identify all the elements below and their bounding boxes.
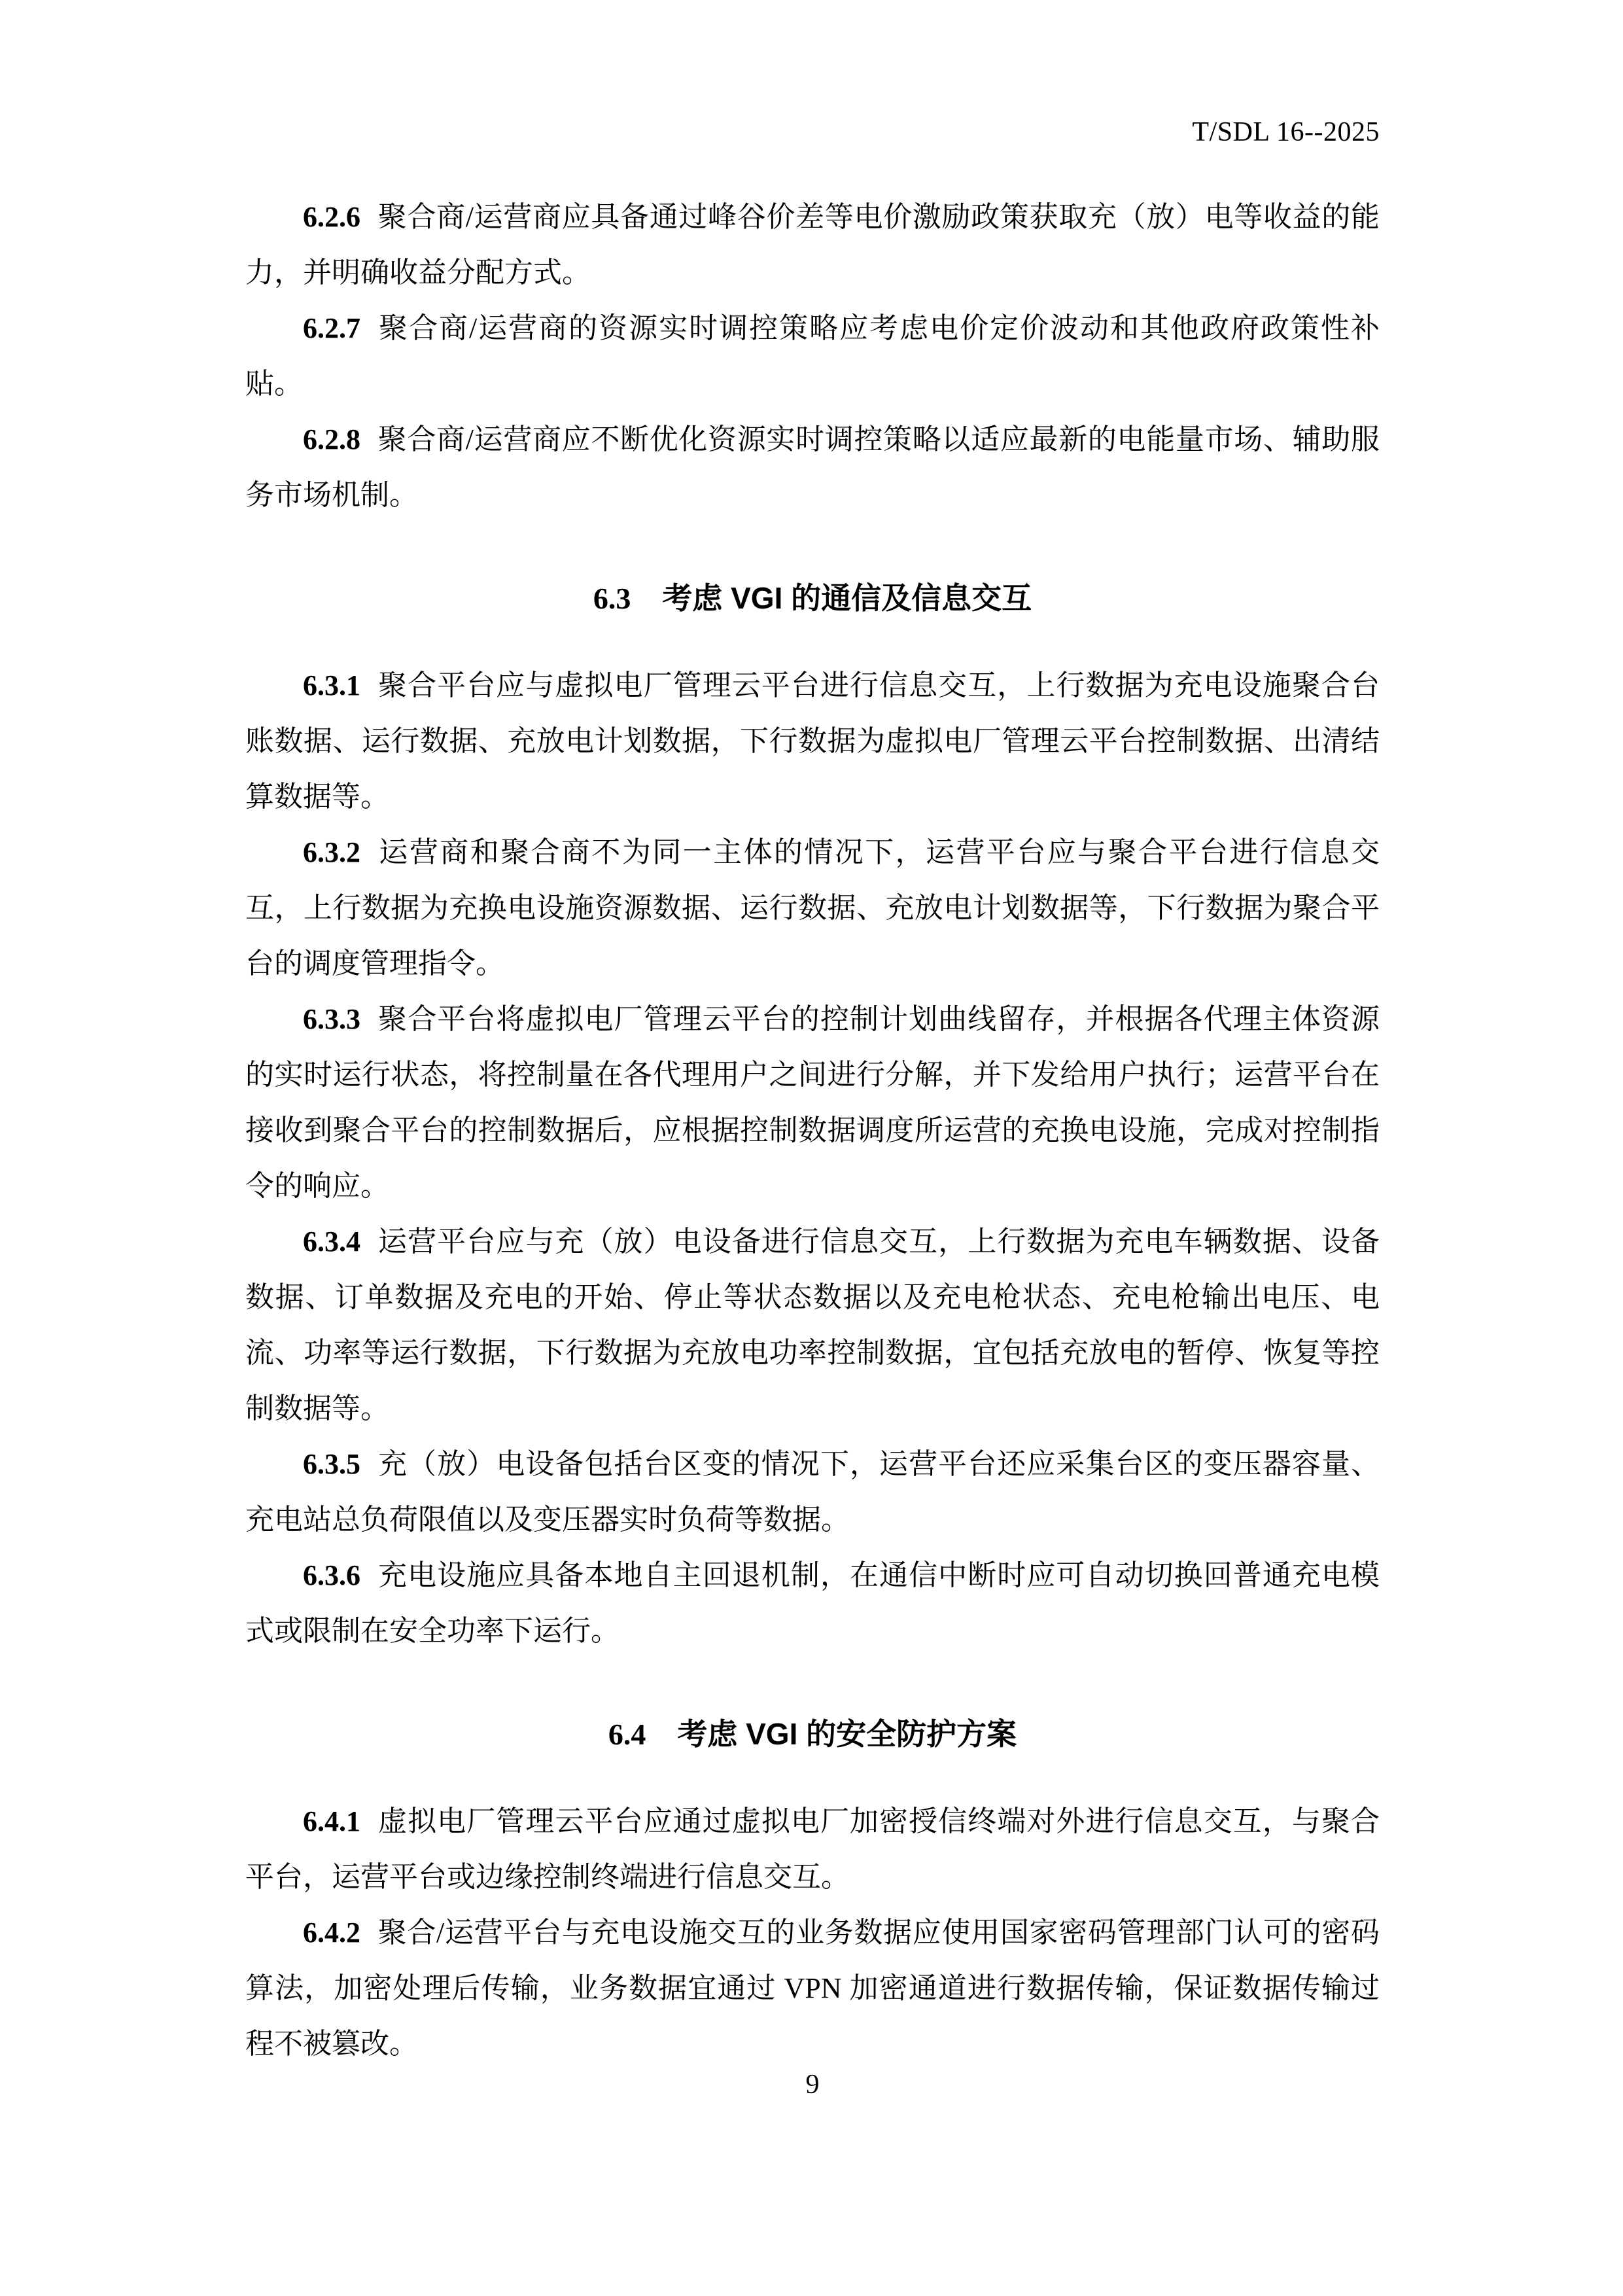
clause-text: 运营平台应与充（放）电设备进行信息交互，上行数据为充电车辆数据、设备数据、订单数… xyxy=(245,1226,1380,1424)
clause-6.3.5: 6.3.5充（放）电设备包括台区变的情况下，运营平台还应采集台区的变压器容量、充… xyxy=(245,1436,1380,1547)
clause-number: 6.3.4 xyxy=(303,1226,360,1258)
clause-6.4.1: 6.4.1虚拟电厂管理云平台应通过虚拟电厂加密授信终端对外进行信息交互，与聚合平… xyxy=(245,1793,1380,1905)
clause-text: 充（放）电设备包括台区变的情况下，运营平台还应采集台区的变压器容量、充电站总负荷… xyxy=(245,1448,1380,1536)
clause-number: 6.2.6 xyxy=(303,201,360,233)
clause-text: 聚合商/运营商应不断优化资源实时调控策略以适应最新的电能量市场、辅助服务市场机制… xyxy=(245,423,1380,511)
section-number: 6.4 xyxy=(608,1718,646,1751)
clause-number: 6.3.1 xyxy=(303,669,360,701)
clause-number: 6.4.2 xyxy=(303,1916,360,1949)
clause-text: 聚合商/运营商的资源实时调控策略应考虑电价定价波动和其他政府政策性补贴。 xyxy=(245,312,1380,400)
document-content: 6.2.6聚合商/运营商应具备通过峰谷价差等电价激励政策获取充（放）电等收益的能… xyxy=(245,189,1380,2072)
clause-6.3.4: 6.3.4运营平台应与充（放）电设备进行信息交互，上行数据为充电车辆数据、设备数… xyxy=(245,1214,1380,1436)
section-number: 6.3 xyxy=(593,582,631,615)
document-page: T/SDL 16--2025 6.2.6聚合商/运营商应具备通过峰谷价差等电价激… xyxy=(0,0,1623,2296)
section-title: 考虑 VGI 的安全防护方案 xyxy=(677,1717,1017,1751)
clause-number: 6.2.8 xyxy=(303,423,360,455)
clause-6.2.7: 6.2.7聚合商/运营商的资源实时调控策略应考虑电价定价波动和其他政府政策性补贴… xyxy=(245,300,1380,412)
clause-text: 聚合/运营平台与充电设施交互的业务数据应使用国家密码管理部门认可的密码算法，加密… xyxy=(245,1916,1380,2060)
clause-text: 充电设施应具备本地自主回退机制，在通信中断时应可自动切换回普通充电模式或限制在安… xyxy=(245,1559,1380,1647)
clause-6.3.3: 6.3.3聚合平台将虚拟电厂管理云平台的控制计划曲线留存，并根据各代理主体资源的… xyxy=(245,991,1380,1214)
section-heading-6.3: 6.3考虑 VGI 的通信及信息交互 xyxy=(245,571,1380,626)
clause-number: 6.3.6 xyxy=(303,1559,360,1591)
clause-number: 6.3.3 xyxy=(303,1003,360,1035)
clause-text: 虚拟电厂管理云平台应通过虚拟电厂加密授信终端对外进行信息交互，与聚合平台，运营平… xyxy=(245,1805,1380,1893)
section-heading-6.4: 6.4考虑 VGI 的安全防护方案 xyxy=(245,1706,1380,1762)
clause-number: 6.3.2 xyxy=(303,836,360,868)
clause-text: 运营商和聚合商不为同一主体的情况下，运营平台应与聚合平台进行信息交互，上行数据为… xyxy=(245,836,1380,980)
clause-number: 6.2.7 xyxy=(303,312,360,344)
clause-6.3.2: 6.3.2运营商和聚合商不为同一主体的情况下，运营平台应与聚合平台进行信息交互，… xyxy=(245,824,1380,991)
clause-number: 6.4.1 xyxy=(303,1805,360,1837)
clause-6.2.6: 6.2.6聚合商/运营商应具备通过峰谷价差等电价激励政策获取充（放）电等收益的能… xyxy=(245,189,1380,300)
clause-number: 6.3.5 xyxy=(303,1448,360,1480)
document-code-header: T/SDL 16--2025 xyxy=(1192,116,1380,148)
clause-6.4.2: 6.4.2聚合/运营平台与充电设施交互的业务数据应使用国家密码管理部门认可的密码… xyxy=(245,1905,1380,2072)
clause-6.2.8: 6.2.8聚合商/运营商应不断优化资源实时调控策略以适应最新的电能量市场、辅助服… xyxy=(245,412,1380,523)
clause-6.3.1: 6.3.1聚合平台应与虚拟电厂管理云平台进行信息交互，上行数据为充电设施聚合台账… xyxy=(245,658,1380,824)
clause-6.3.6: 6.3.6充电设施应具备本地自主回退机制，在通信中断时应可自动切换回普通充电模式… xyxy=(245,1547,1380,1659)
section-title: 考虑 VGI 的通信及信息交互 xyxy=(662,581,1032,615)
clause-text: 聚合平台将虚拟电厂管理云平台的控制计划曲线留存，并根据各代理主体资源的实时运行状… xyxy=(245,1003,1380,1202)
clause-text: 聚合平台应与虚拟电厂管理云平台进行信息交互，上行数据为充电设施聚合台账数据、运行… xyxy=(245,669,1380,813)
clause-text: 聚合商/运营商应具备通过峰谷价差等电价激励政策获取充（放）电等收益的能力，并明确… xyxy=(245,201,1380,289)
page-number: 9 xyxy=(245,2069,1380,2100)
